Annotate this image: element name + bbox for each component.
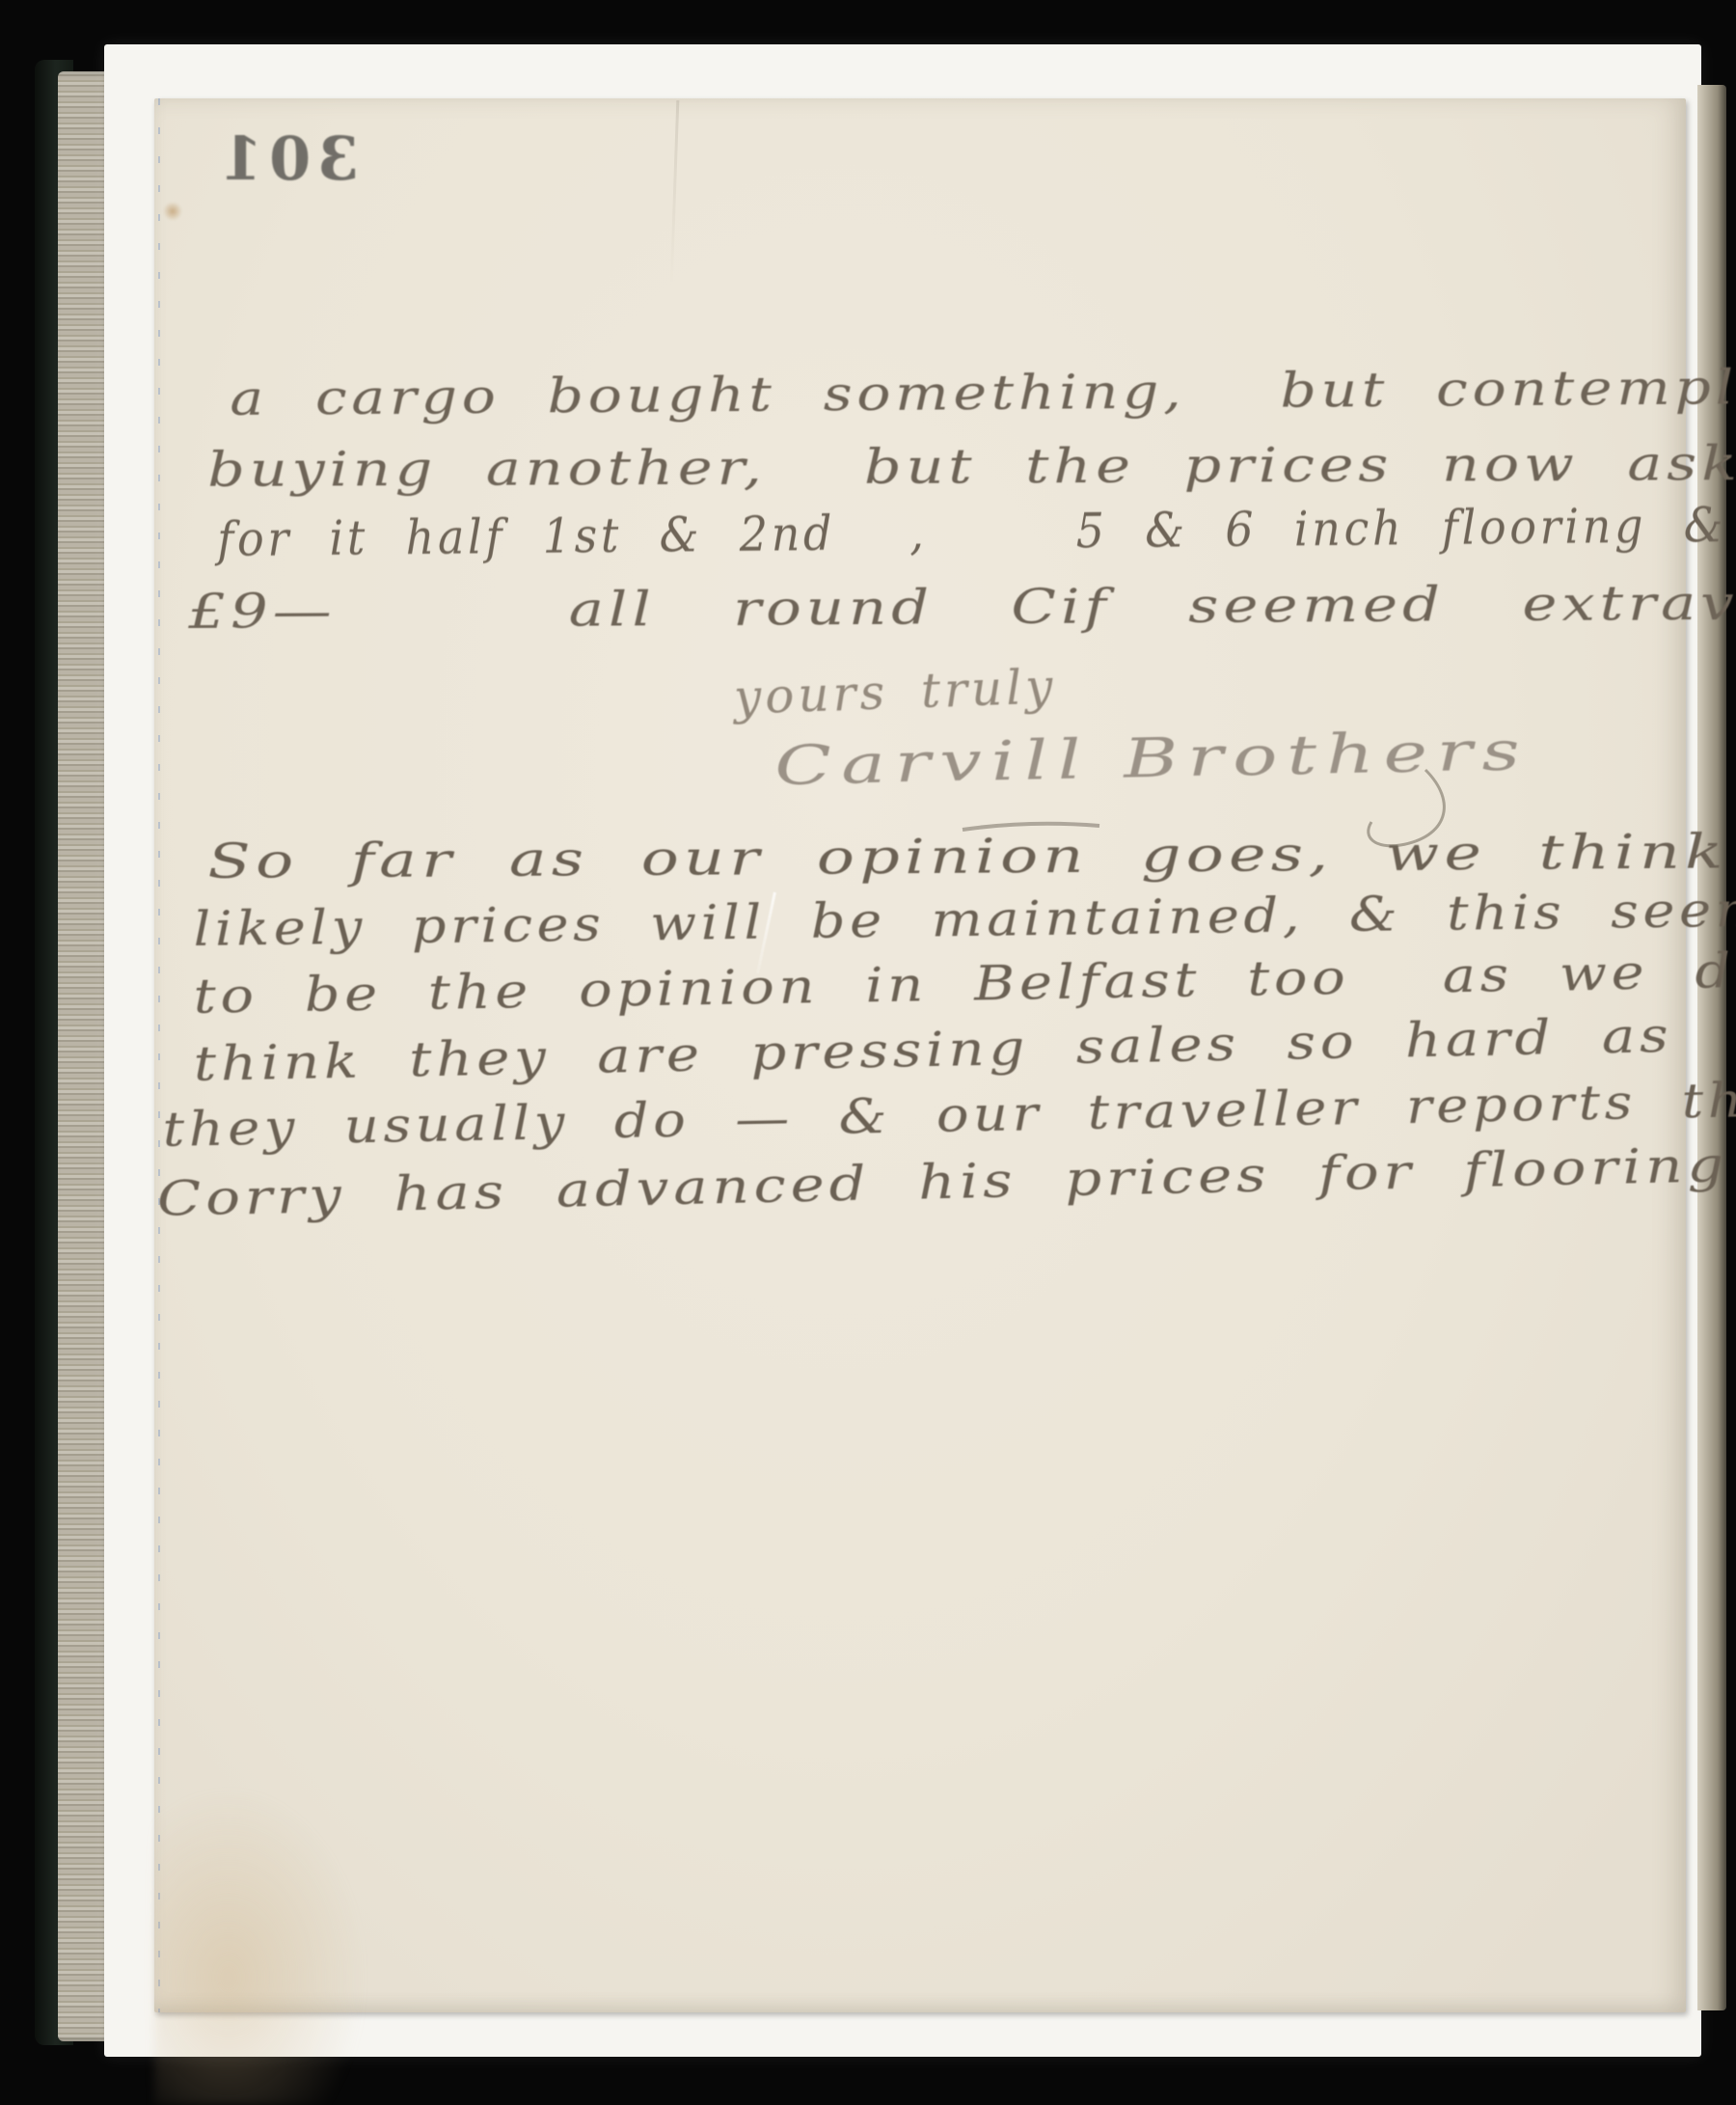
- paper-spot: [162, 203, 183, 220]
- scanned-book-spread: 301 a cargo bought something, but contem…: [0, 0, 1736, 2096]
- handwritten-line: £9— all round Cif seemed extravagant: [188, 574, 1736, 640]
- handwritten-line: So far as our opinion goes, we think it …: [207, 822, 1736, 889]
- handwritten-line: for it half 1st & 2nd , 5 & 6 inch floor…: [217, 495, 1736, 567]
- handwritten-line: likely prices will be maintained, & this…: [193, 881, 1736, 957]
- handwritten-line: a cargo bought something, but contemplat…: [230, 358, 1736, 426]
- letter-book-page: 301 a cargo bought something, but contem…: [154, 98, 1686, 2012]
- page-left-edge-perforation-dots: [158, 98, 160, 2012]
- valediction: yours truly: [733, 658, 1057, 725]
- paper-crease: [670, 100, 680, 284]
- page-number-bleedthrough: 301: [214, 123, 359, 194]
- paper-stain: [154, 1787, 366, 2096]
- handwritten-line: buying another, but the prices now asked…: [207, 435, 1736, 498]
